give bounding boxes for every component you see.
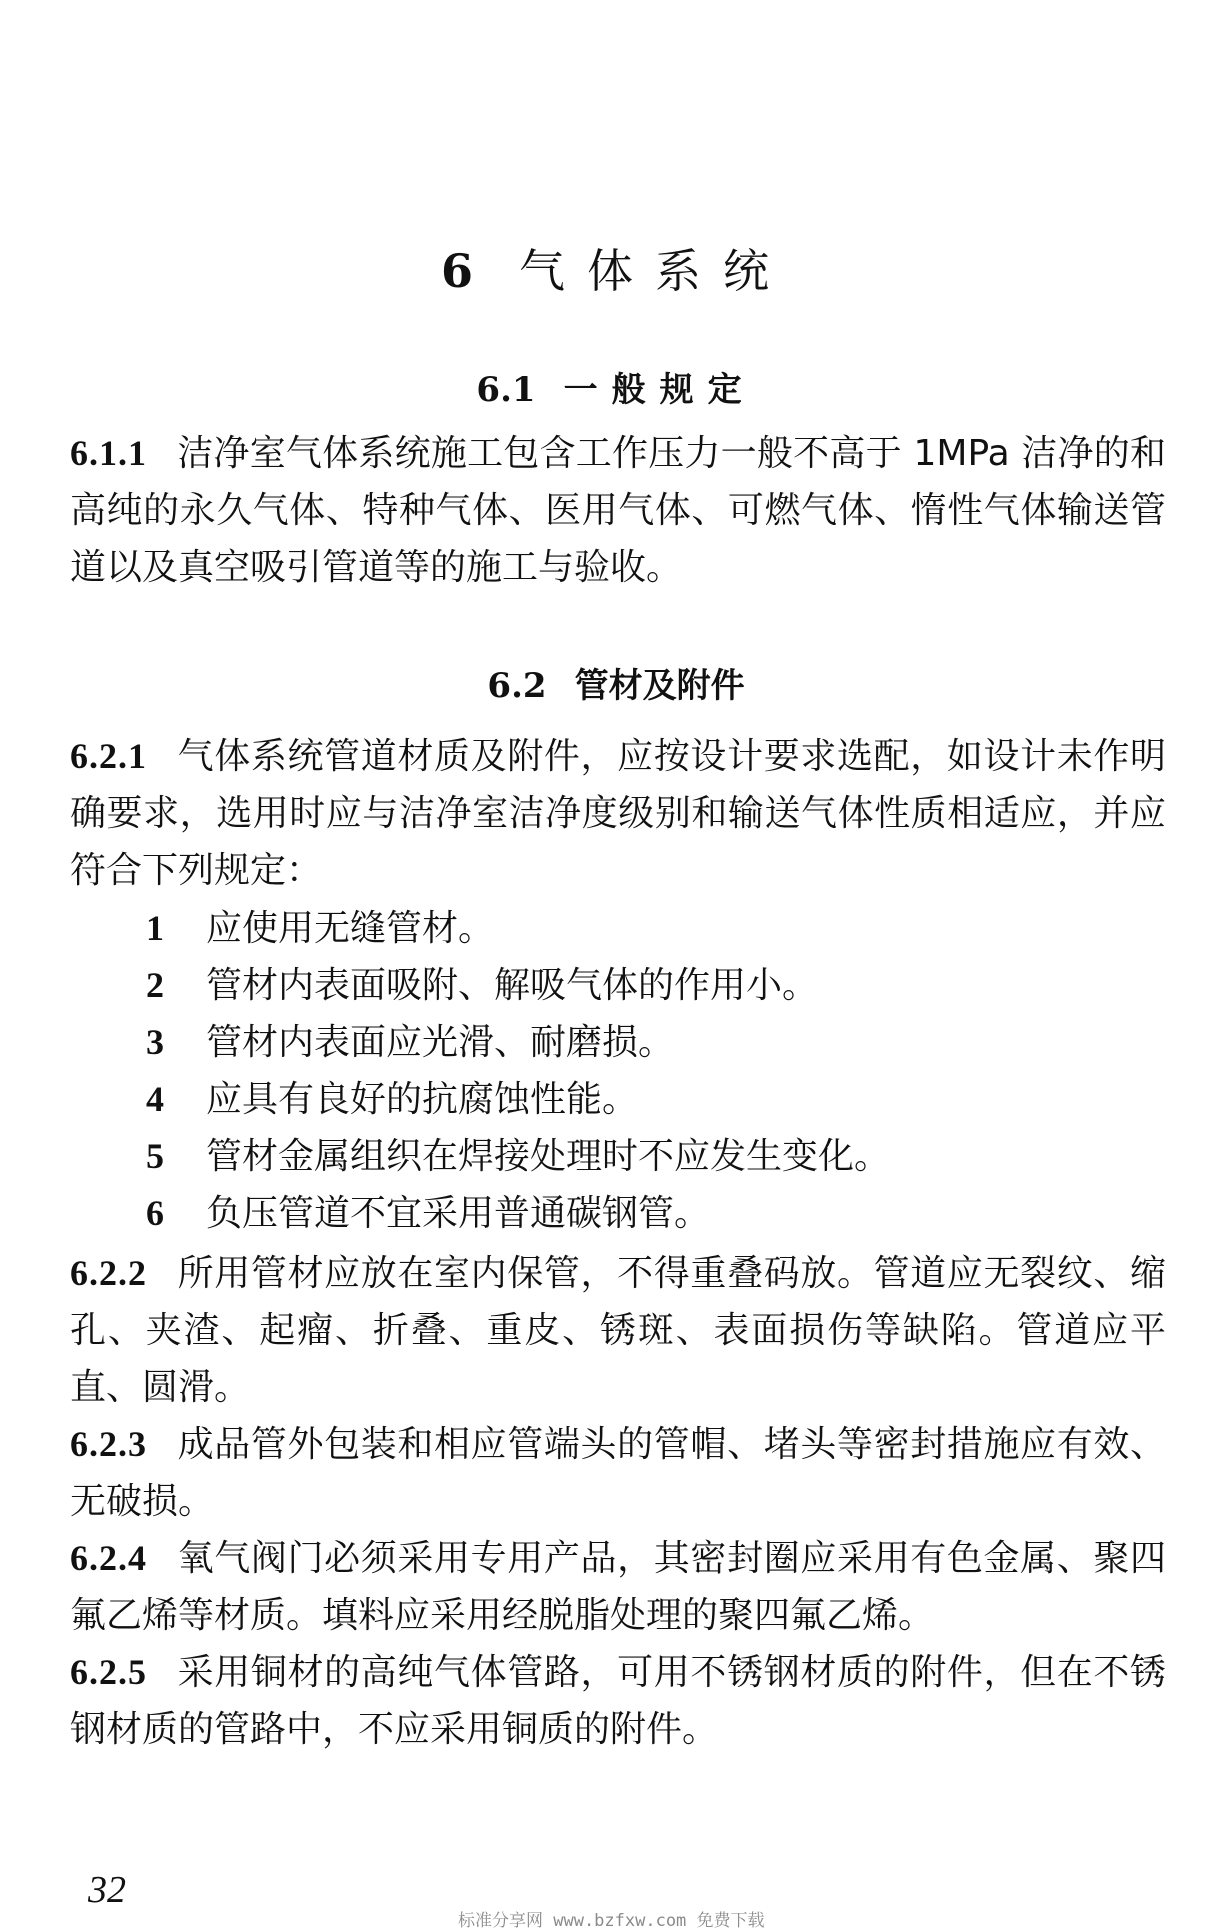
list-item: 1应使用无缝管材。 [146,900,1166,957]
clause-6-2-5: 6.2.5采用铜材的高纯气体管路，可用不锈钢材质的附件，但在不锈钢材质的管路中，… [70,1644,1166,1758]
item-number: 5 [146,1128,206,1185]
clause-text: 气体系统管道材质及附件，应按设计要求选配，如设计未作明确要求，选用时应与洁净室洁… [70,736,1166,891]
list-item: 6负压管道不宜采用普通碳钢管。 [146,1185,1166,1242]
list-item: 3管材内表面应光滑、耐磨损。 [146,1014,1166,1071]
clause-text: 氧气阀门必须采用专用产品，其密封圈应采用有色金属、聚四氟乙烯等材质。填料应采用经… [70,1538,1166,1636]
clause-number: 6.2.4 [70,1538,147,1578]
item-number: 6 [146,1185,206,1242]
clause-6-2-4: 6.2.4氧气阀门必须采用专用产品，其密封圈应采用有色金属、聚四氟乙烯等材质。填… [70,1530,1166,1644]
chapter-number: 6 [441,244,495,298]
item-text: 管材内表面吸附、解吸气体的作用小。 [206,965,818,1006]
item-text: 应具有良好的抗腐蚀性能。 [206,1079,638,1120]
section-number: 6.2 [487,666,546,706]
item-number: 4 [146,1071,206,1128]
section-number: 6.1 [476,370,535,410]
clause-number: 6.2.1 [70,736,147,776]
item-number: 2 [146,957,206,1014]
list-item: 2管材内表面吸附、解吸气体的作用小。 [146,957,1166,1014]
clause-number: 6.2.3 [70,1424,147,1464]
page-number: 32 [88,1868,126,1912]
clause-6-2-3: 6.2.3成品管外包装和相应管端头的管帽、堵头等密封措施应有效、无破损。 [70,1416,1166,1530]
item-text: 管材金属组织在焊接处理时不应发生变化。 [206,1136,890,1177]
item-text: 负压管道不宜采用普通碳钢管。 [206,1193,710,1234]
clause-6-2-1: 6.2.1气体系统管道材质及附件，应按设计要求选配，如设计未作明确要求，选用时应… [70,728,1166,899]
watermark: 标准分享网 www.bzfxw.com 免费下载 [458,1906,765,1931]
clause-number: 6.2.2 [70,1253,147,1293]
section-title-6-1: 6.1一般规定 [0,368,1232,412]
item-text: 应使用无缝管材。 [206,908,494,949]
clause-6-2-2: 6.2.2所用管材应放在室内保管，不得重叠码放。管道应无裂纹、缩孔、夹渣、起瘤、… [70,1245,1166,1416]
clause-text: 采用铜材的高纯气体管路，可用不锈钢材质的附件，但在不锈钢材质的管路中，不应采用铜… [70,1652,1166,1750]
clause-text: 成品管外包装和相应管端头的管帽、堵头等密封措施应有效、无破损。 [70,1424,1166,1522]
list-item: 5管材金属组织在焊接处理时不应发生变化。 [146,1128,1166,1185]
item-number: 3 [146,1014,206,1071]
list-item: 4应具有良好的抗腐蚀性能。 [146,1071,1166,1128]
section-title-text: 一般规定 [564,370,756,410]
section-title-text: 管材及附件 [575,666,745,706]
item-number: 1 [146,900,206,957]
chapter-title-text: 气体系统 [519,244,791,298]
clause-text: 洁净室气体系统施工包含工作压力一般不高于 1MPa 洁净的和高纯的永久气体、特种… [70,433,1166,588]
clause-text: 所用管材应放在室内保管，不得重叠码放。管道应无裂纹、缩孔、夹渣、起瘤、折叠、重皮… [70,1253,1166,1408]
section-title-6-2: 6.2管材及附件 [0,664,1232,708]
clause-number: 6.1.1 [70,433,147,473]
item-text: 管材内表面应光滑、耐磨损。 [206,1022,674,1063]
clause-number: 6.2.5 [70,1652,147,1692]
clause-6-1-1: 6.1.1洁净室气体系统施工包含工作压力一般不高于 1MPa 洁净的和高纯的永久… [70,425,1166,596]
document-page: 6气体系统 6.1一般规定 6.1.1洁净室气体系统施工包含工作压力一般不高于 … [0,0,1232,1932]
chapter-title: 6气体系统 [0,241,1232,301]
